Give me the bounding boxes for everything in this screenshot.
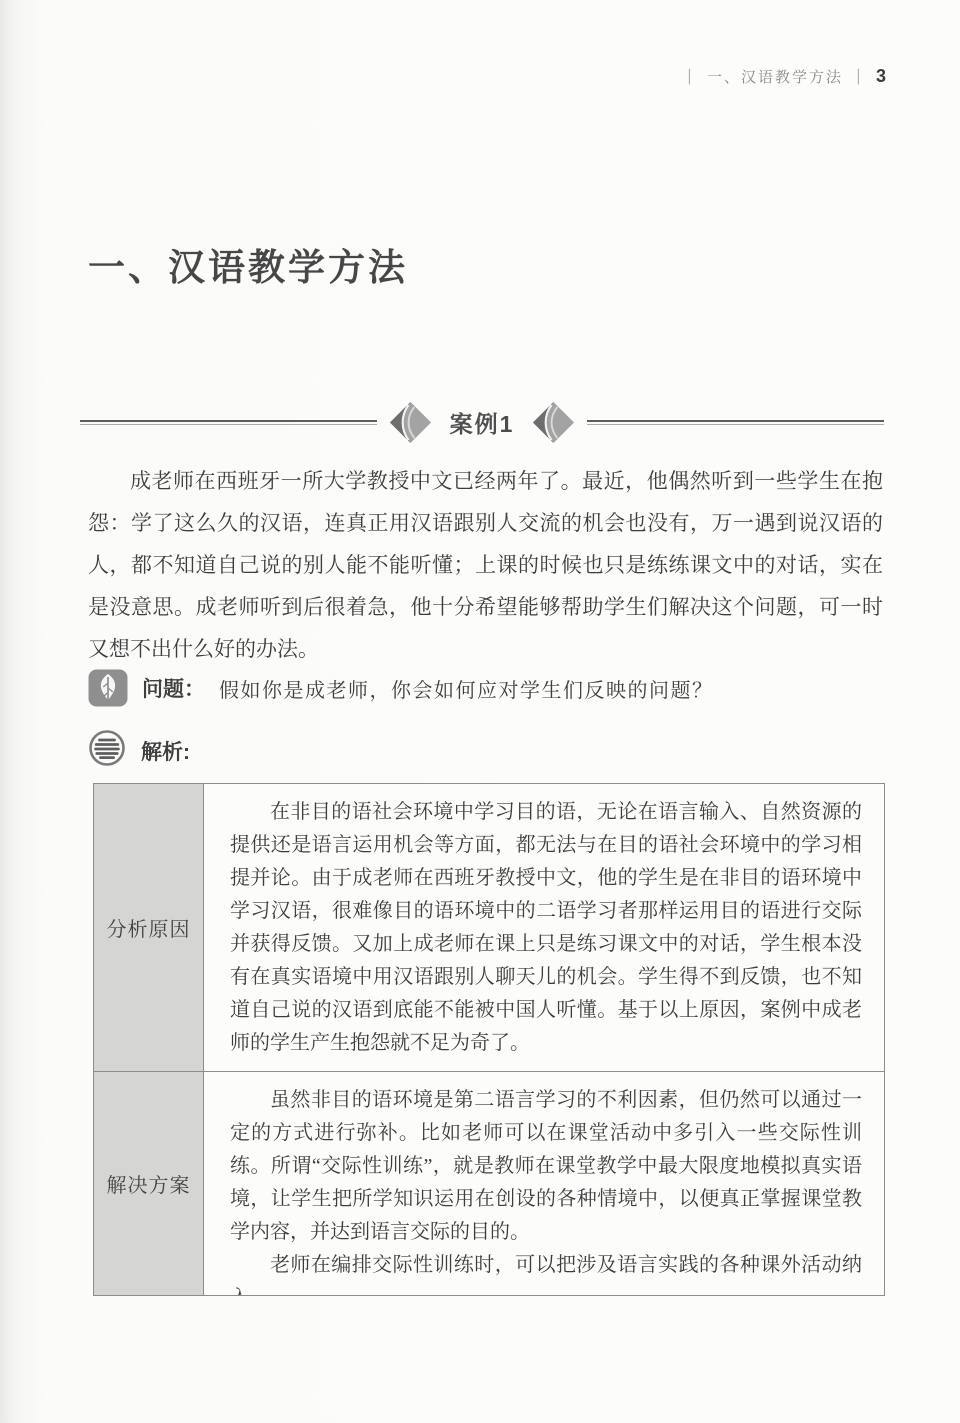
cause-analysis-paragraph: 在非目的语社会环境中学习目的语，无论在语言输入、自然资源的提供还是语言运用机会等… [230,796,862,1060]
case-study-paragraph: 成老师在西班牙一所大学教授中文已经两年了。最近，他偶然听到一些学生在抱怨：学了这… [88,460,883,670]
running-header: 丨 一、汉语教学方法 丨 3 [682,66,886,87]
leaf-icon [88,669,128,707]
solution-paragraph: 老师在编排交际性训练时，可以把涉及语言实践的各种课外活动纳入 [230,1249,862,1295]
table-row: 解决方案 虽然非目的语环境是第二语言学习的不利因素，但仍然可以通过一定的方式进行… [94,1072,884,1295]
diamond-swoosh-icon [531,400,576,445]
table-row: 分析原因 在非目的语社会环境中学习目的语，无论在语言输入、自然资源的提供还是语言… [94,784,884,1072]
row-header-cause-analysis: 分析原因 [94,784,204,1071]
analysis-table: 分析原因 在非目的语社会环境中学习目的语，无论在语言输入、自然资源的提供还是语言… [93,783,885,1296]
question-section: 问题： 假如你是成老师，你会如何应对学生们反映的问题？ [88,669,888,707]
solution-paragraph: 虽然非目的语环境是第二语言学习的不利因素，但仍然可以通过一定的方式进行弥补。比如… [230,1084,862,1249]
analysis-section: 解析: [88,729,190,772]
question-label: 问题： [142,673,205,703]
case-banner-label: 案例1 [444,406,521,439]
header-separator-left: 丨 [682,64,699,88]
header-page-number: 3 [876,66,886,87]
list-circle-icon [88,729,126,772]
scanned-book-page: 丨 一、汉语教学方法 丨 3 一、汉语教学方法 案例1 成 [0,0,960,1423]
row-content-cause-analysis: 在非目的语社会环境中学习目的语，无论在语言输入、自然资源的提供还是语言运用机会等… [204,784,884,1071]
banner-line-left [80,420,377,425]
page-title: 一、汉语教学方法 [88,237,408,291]
diamond-swoosh-icon [388,400,433,445]
header-separator-right: 丨 [851,64,868,88]
question-text: 假如你是成老师，你会如何应对学生们反映的问题？ [219,674,714,703]
row-header-solution: 解决方案 [94,1072,204,1295]
case-banner: 案例1 [80,399,884,445]
header-chapter-label: 一、汉语教学方法 [707,66,843,87]
banner-line-right [587,420,884,425]
row-content-solution: 虽然非目的语环境是第二语言学习的不利因素，但仍然可以通过一定的方式进行弥补。比如… [204,1072,884,1295]
analysis-label: 解析: [141,736,190,766]
